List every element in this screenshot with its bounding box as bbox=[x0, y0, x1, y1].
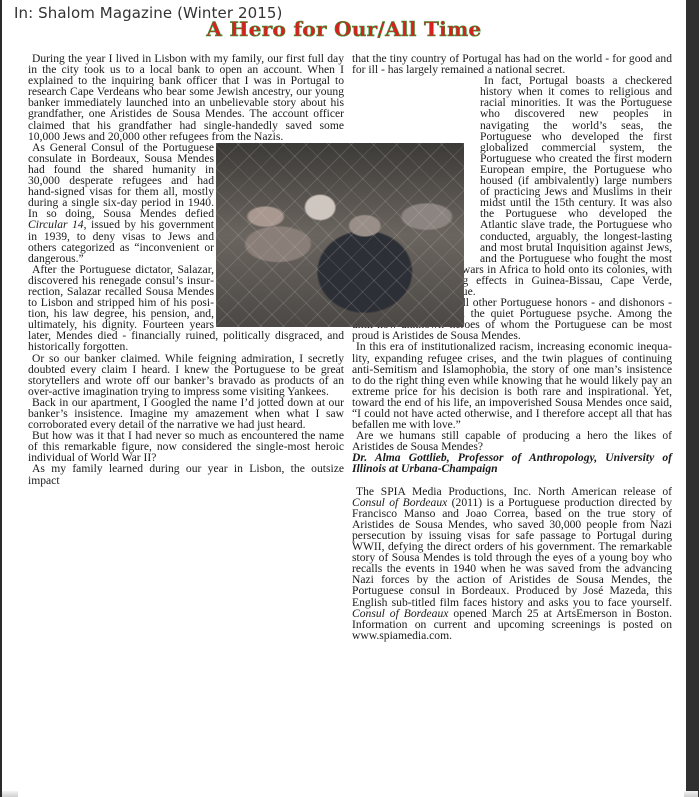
author-byline: Dr. Alma Gottlieb, Professor of Anthropo… bbox=[352, 452, 672, 474]
film-notice-paragraph: The SPIA Media Productions, Inc. North A… bbox=[352, 486, 672, 641]
document-page: In: Shalom Magazine (Winter 2015) A Hero… bbox=[2, 0, 686, 797]
paragraph: As my family learned during our year in … bbox=[28, 463, 344, 485]
paragraph: that the tiny country of Portugal has ha… bbox=[352, 53, 672, 75]
paragraph: But how was it that I had never so much … bbox=[28, 430, 344, 463]
article-title: A Hero for Our/All Time bbox=[2, 17, 686, 41]
paragraph: Back in our apartment, I Googled the nam… bbox=[28, 397, 344, 430]
paragraph: In this era of institutionalized racism,… bbox=[352, 341, 672, 430]
paragraph: During the year I lived in Lisbon with m… bbox=[28, 53, 344, 142]
refugees-behind-fence-photo bbox=[216, 143, 464, 327]
vertical-scrollbar[interactable] bbox=[686, 0, 699, 797]
bottom-right-corner-handle bbox=[684, 791, 698, 797]
article-right-column: that the tiny country of Portugal has ha… bbox=[352, 53, 672, 641]
paragraph: Are we humans still capable of producing… bbox=[352, 430, 672, 452]
paragraph: Or so our banker claimed. While feigning… bbox=[28, 353, 344, 397]
